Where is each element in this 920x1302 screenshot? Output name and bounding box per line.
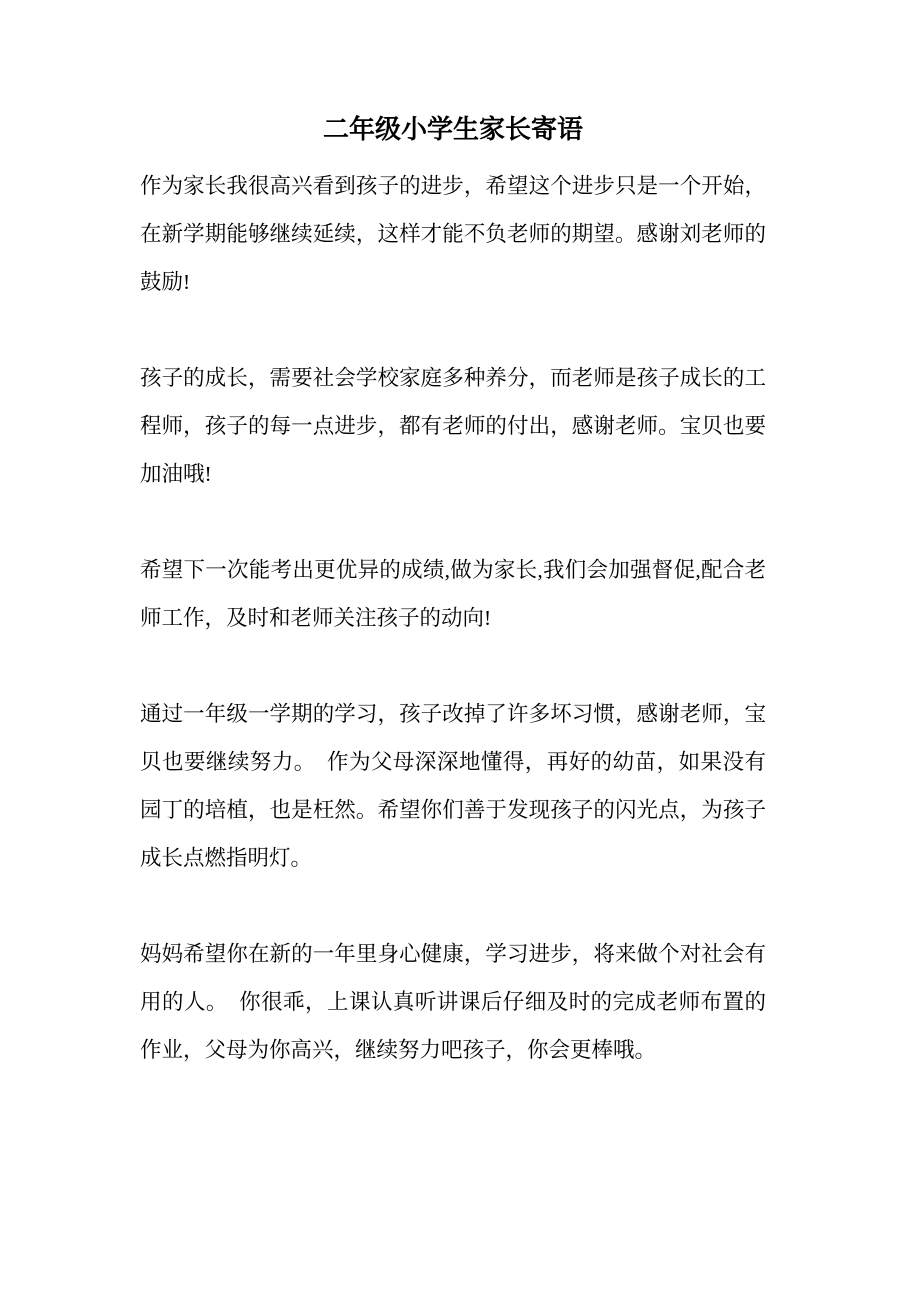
- paragraph-3: 希望下一次能考出更优异的成绩,做为家长,我们会加强督促,配合老师工作，及时和老师…: [140, 546, 766, 642]
- document-title: 二年级小学生家长寄语: [140, 112, 766, 148]
- paragraph-4: 通过一年级一学期的学习，孩子改掉了许多坏习惯，感谢老师，宝贝也要继续努力。 作为…: [140, 690, 766, 882]
- paragraph-5: 妈妈希望你在新的一年里身心健康，学习进步，将来做个对社会有用的人。 你很乖，上课…: [140, 930, 766, 1074]
- paragraph-1: 作为家长我很高兴看到孩子的进步，希望这个进步只是一个开始，在新学期能够继续延续，…: [140, 162, 766, 306]
- document-page: 二年级小学生家长寄语 作为家长我很高兴看到孩子的进步，希望这个进步只是一个开始，…: [0, 0, 920, 1302]
- paragraph-2: 孩子的成长，需要社会学校家庭多种养分，而老师是孩子成长的工程师，孩子的每一点进步…: [140, 354, 766, 498]
